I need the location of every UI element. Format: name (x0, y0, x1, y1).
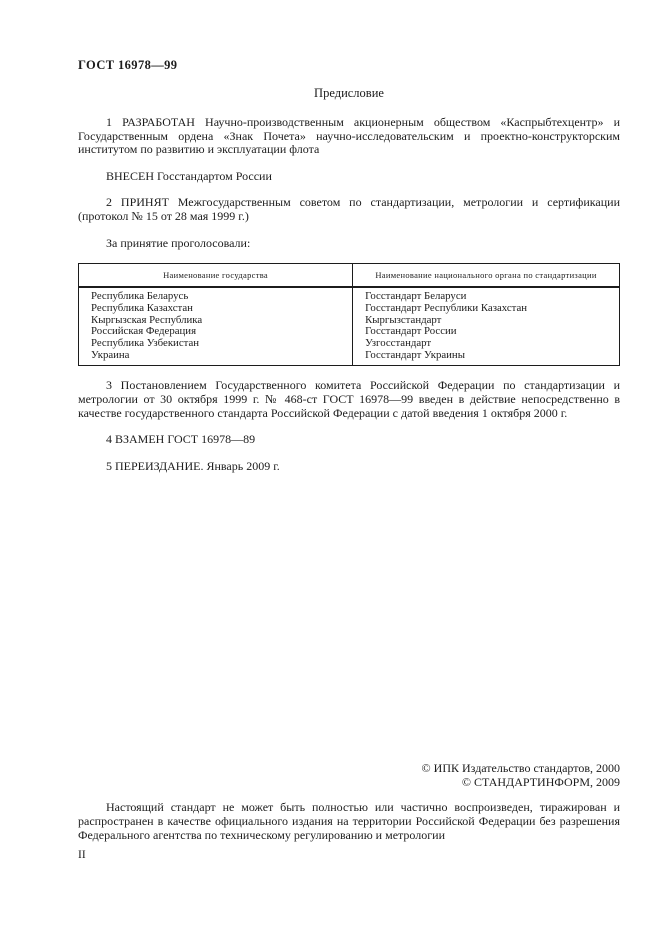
standards-body-name: Узгосстандарт (353, 338, 620, 350)
table-row: Республика Узбекистан Узгосстандарт (79, 338, 620, 350)
preface-item-4-replaces: 4 ВЗАМЕН ГОСТ 16978—89 (78, 433, 620, 447)
vote-table-header-row: Наименование государства Наименование на… (79, 264, 620, 288)
vote-table-head: Наименование государства Наименование на… (79, 264, 620, 288)
doc-code: ГОСТ 16978—99 (78, 58, 620, 72)
vote-table-body: Республика Беларусь Госстандарт Беларуси… (79, 287, 620, 366)
vote-intro: За принятие проголосовали: (78, 237, 620, 251)
state-name: Республика Казахстан (79, 303, 353, 315)
state-name: Республика Беларусь (79, 287, 353, 303)
vote-table-header-body: Наименование национального органа по ста… (353, 264, 620, 288)
preface-item-1-developed: 1 РАЗРАБОТАН Научно-производственным акц… (78, 116, 620, 157)
preface-title: Предисловие (78, 86, 620, 100)
vote-table: Наименование государства Наименование на… (78, 263, 620, 366)
preface-item-5-reissue: 5 ПЕРЕИЗДАНИЕ. Январь 2009 г. (78, 460, 620, 474)
page-number: II (78, 849, 620, 862)
state-name: Украина (79, 350, 353, 366)
copyright-line-ipk: © ИПК Издательство стандартов, 2000 (78, 761, 620, 775)
preface-item-2-adopted: 2 ПРИНЯТ Межгосударственным советом по с… (78, 196, 620, 223)
table-row: Украина Госстандарт Украины (79, 350, 620, 366)
document-page: ГОСТ 16978—99 Предисловие 1 РАЗРАБОТАН Н… (0, 0, 661, 936)
preface-item-3-enacted: 3 Постановлением Государственного комите… (78, 379, 620, 420)
copyright-line-standartinform: © СТАНДАРТИНФОРМ, 2009 (78, 775, 620, 789)
copyright-block: © ИПК Издательство стандартов, 2000 © СТ… (78, 761, 620, 789)
standards-body-name: Госстандарт Украины (353, 350, 620, 366)
restriction-notice: Настоящий стандарт не может быть полност… (78, 801, 620, 842)
table-row: Республика Беларусь Госстандарт Беларуси (79, 287, 620, 303)
state-name: Республика Узбекистан (79, 338, 353, 350)
preface-item-submitted: ВНЕСЕН Госстандартом России (78, 170, 620, 184)
table-row: Республика Казахстан Госстандарт Республ… (79, 303, 620, 315)
vote-table-header-state: Наименование государства (79, 264, 353, 288)
standards-body-name: Госстандарт Беларуси (353, 287, 620, 303)
standards-body-name: Госстандарт Республики Казахстан (353, 303, 620, 315)
